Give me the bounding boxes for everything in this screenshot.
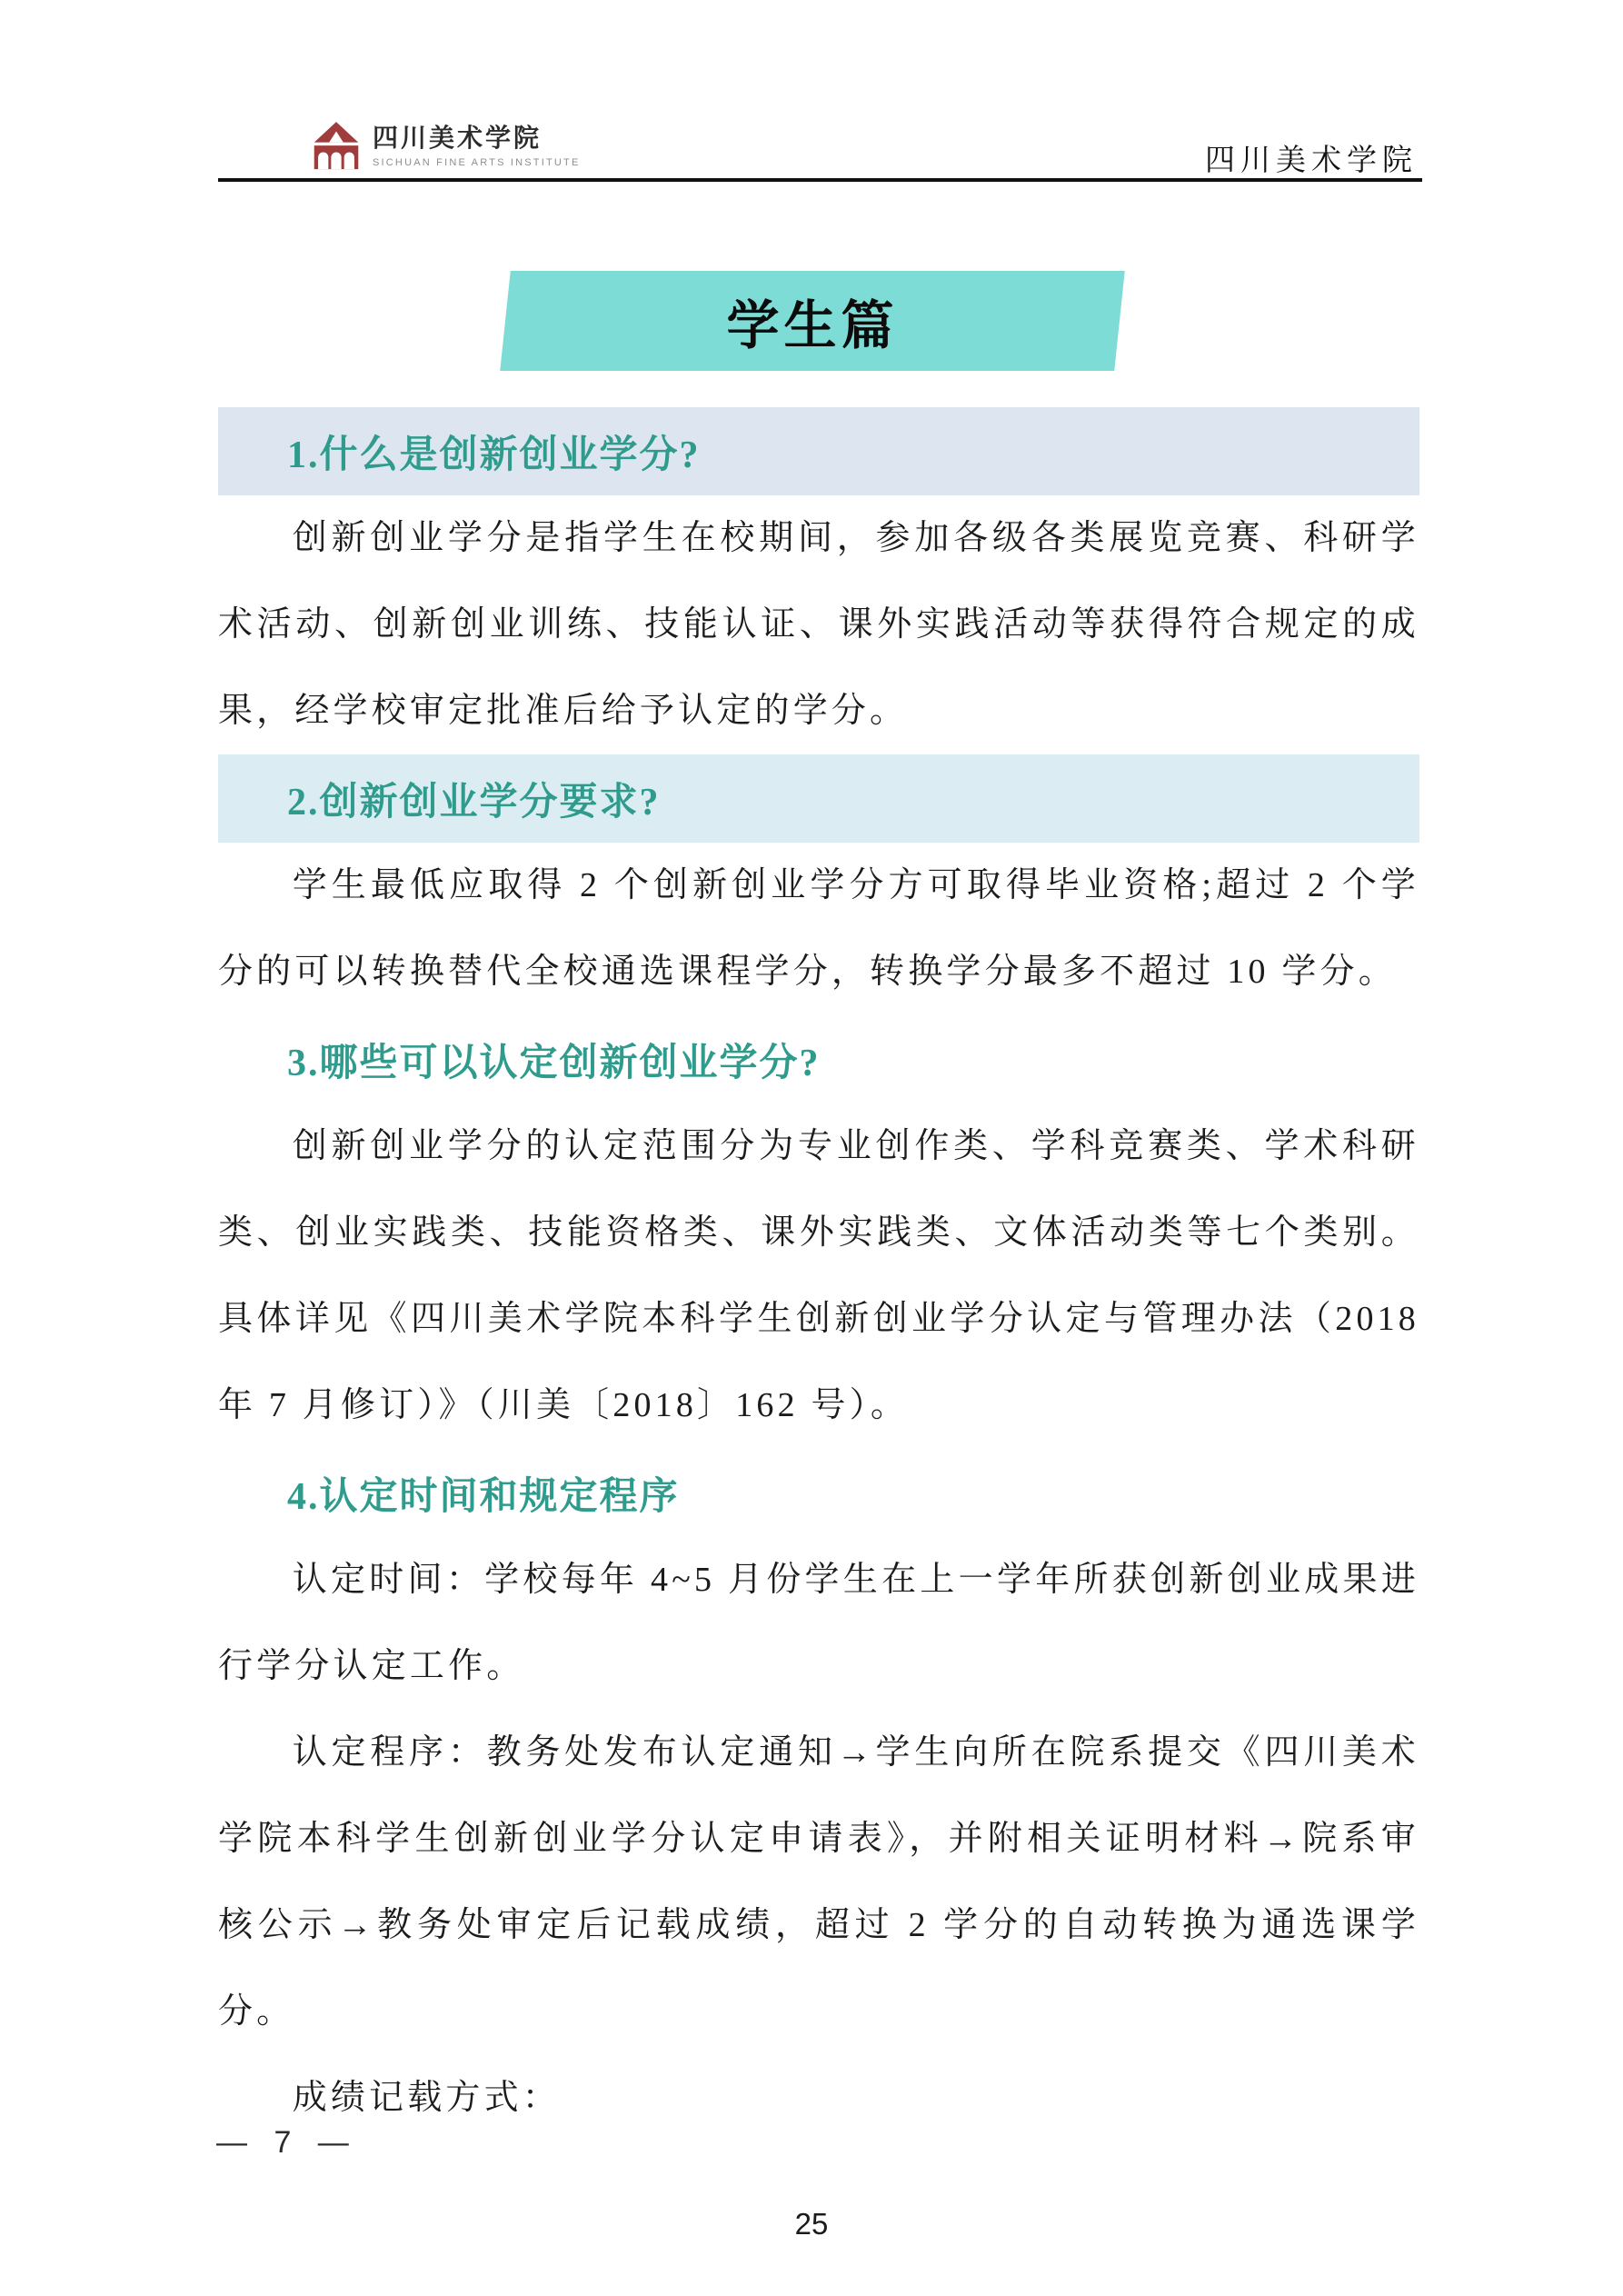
content-column: 1.什么是创新创业学分? 创新创业学分是指学生在校期间，参加各级各类展览竞赛、科… — [218, 407, 1419, 2141]
inner-page-number: — 7 — — [216, 2125, 358, 2161]
section-2-heading: 2.创新创业学分要求? — [218, 754, 1419, 843]
header-school-title: 四川美术学院 — [1205, 136, 1418, 179]
section-4-paragraph-procedure: 认定程序：教务处发布认定通知→学生向所在院系提交《四川美术学院本科学生创新创业学… — [218, 1710, 1419, 2055]
school-crest-icon — [313, 120, 360, 173]
section-1-paragraph: 创新创业学分是指学生在校期间，参加各级各类展览竞赛、科研学术活动、创新创业训练、… — [218, 495, 1419, 754]
banner-title: 学生篇 — [505, 271, 1120, 371]
section-4-paragraph-record: 成绩记载方式： — [218, 2055, 1419, 2141]
school-logo-cn-name: 四川美术学院 — [373, 125, 581, 154]
document-page: 四川美术学院 SICHUAN FINE ARTS INSTITUTE 四川美术学… — [0, 0, 1623, 2296]
section-banner: 学生篇 — [505, 271, 1120, 371]
school-logo-text: 四川美术学院 SICHUAN FINE ARTS INSTITUTE — [373, 120, 581, 168]
outer-page-number: 25 — [0, 2207, 1623, 2241]
section-3-paragraph: 创新创业学分的认定范围分为专业创作类、学科竞赛类、学术科研类、创业实践类、技能资… — [218, 1103, 1419, 1449]
section-4-heading: 4.认定时间和规定程序 — [218, 1449, 1419, 1537]
section-1-heading: 1.什么是创新创业学分? — [218, 407, 1419, 495]
section-2-paragraph: 学生最低应取得 2 个创新创业学分方可取得毕业资格;超过 2 个学分的可以转换替… — [218, 843, 1419, 1015]
section-3-heading: 3.哪些可以认定创新创业学分? — [218, 1015, 1419, 1103]
school-logo-en-name: SICHUAN FINE ARTS INSTITUTE — [373, 157, 581, 168]
header-rule — [218, 178, 1422, 182]
school-logo: 四川美术学院 SICHUAN FINE ARTS INSTITUTE — [313, 120, 581, 173]
section-4-paragraph-time: 认定时间：学校每年 4~5 月份学生在上一学年所获创新创业成果进行学分认定工作。 — [218, 1537, 1419, 1710]
